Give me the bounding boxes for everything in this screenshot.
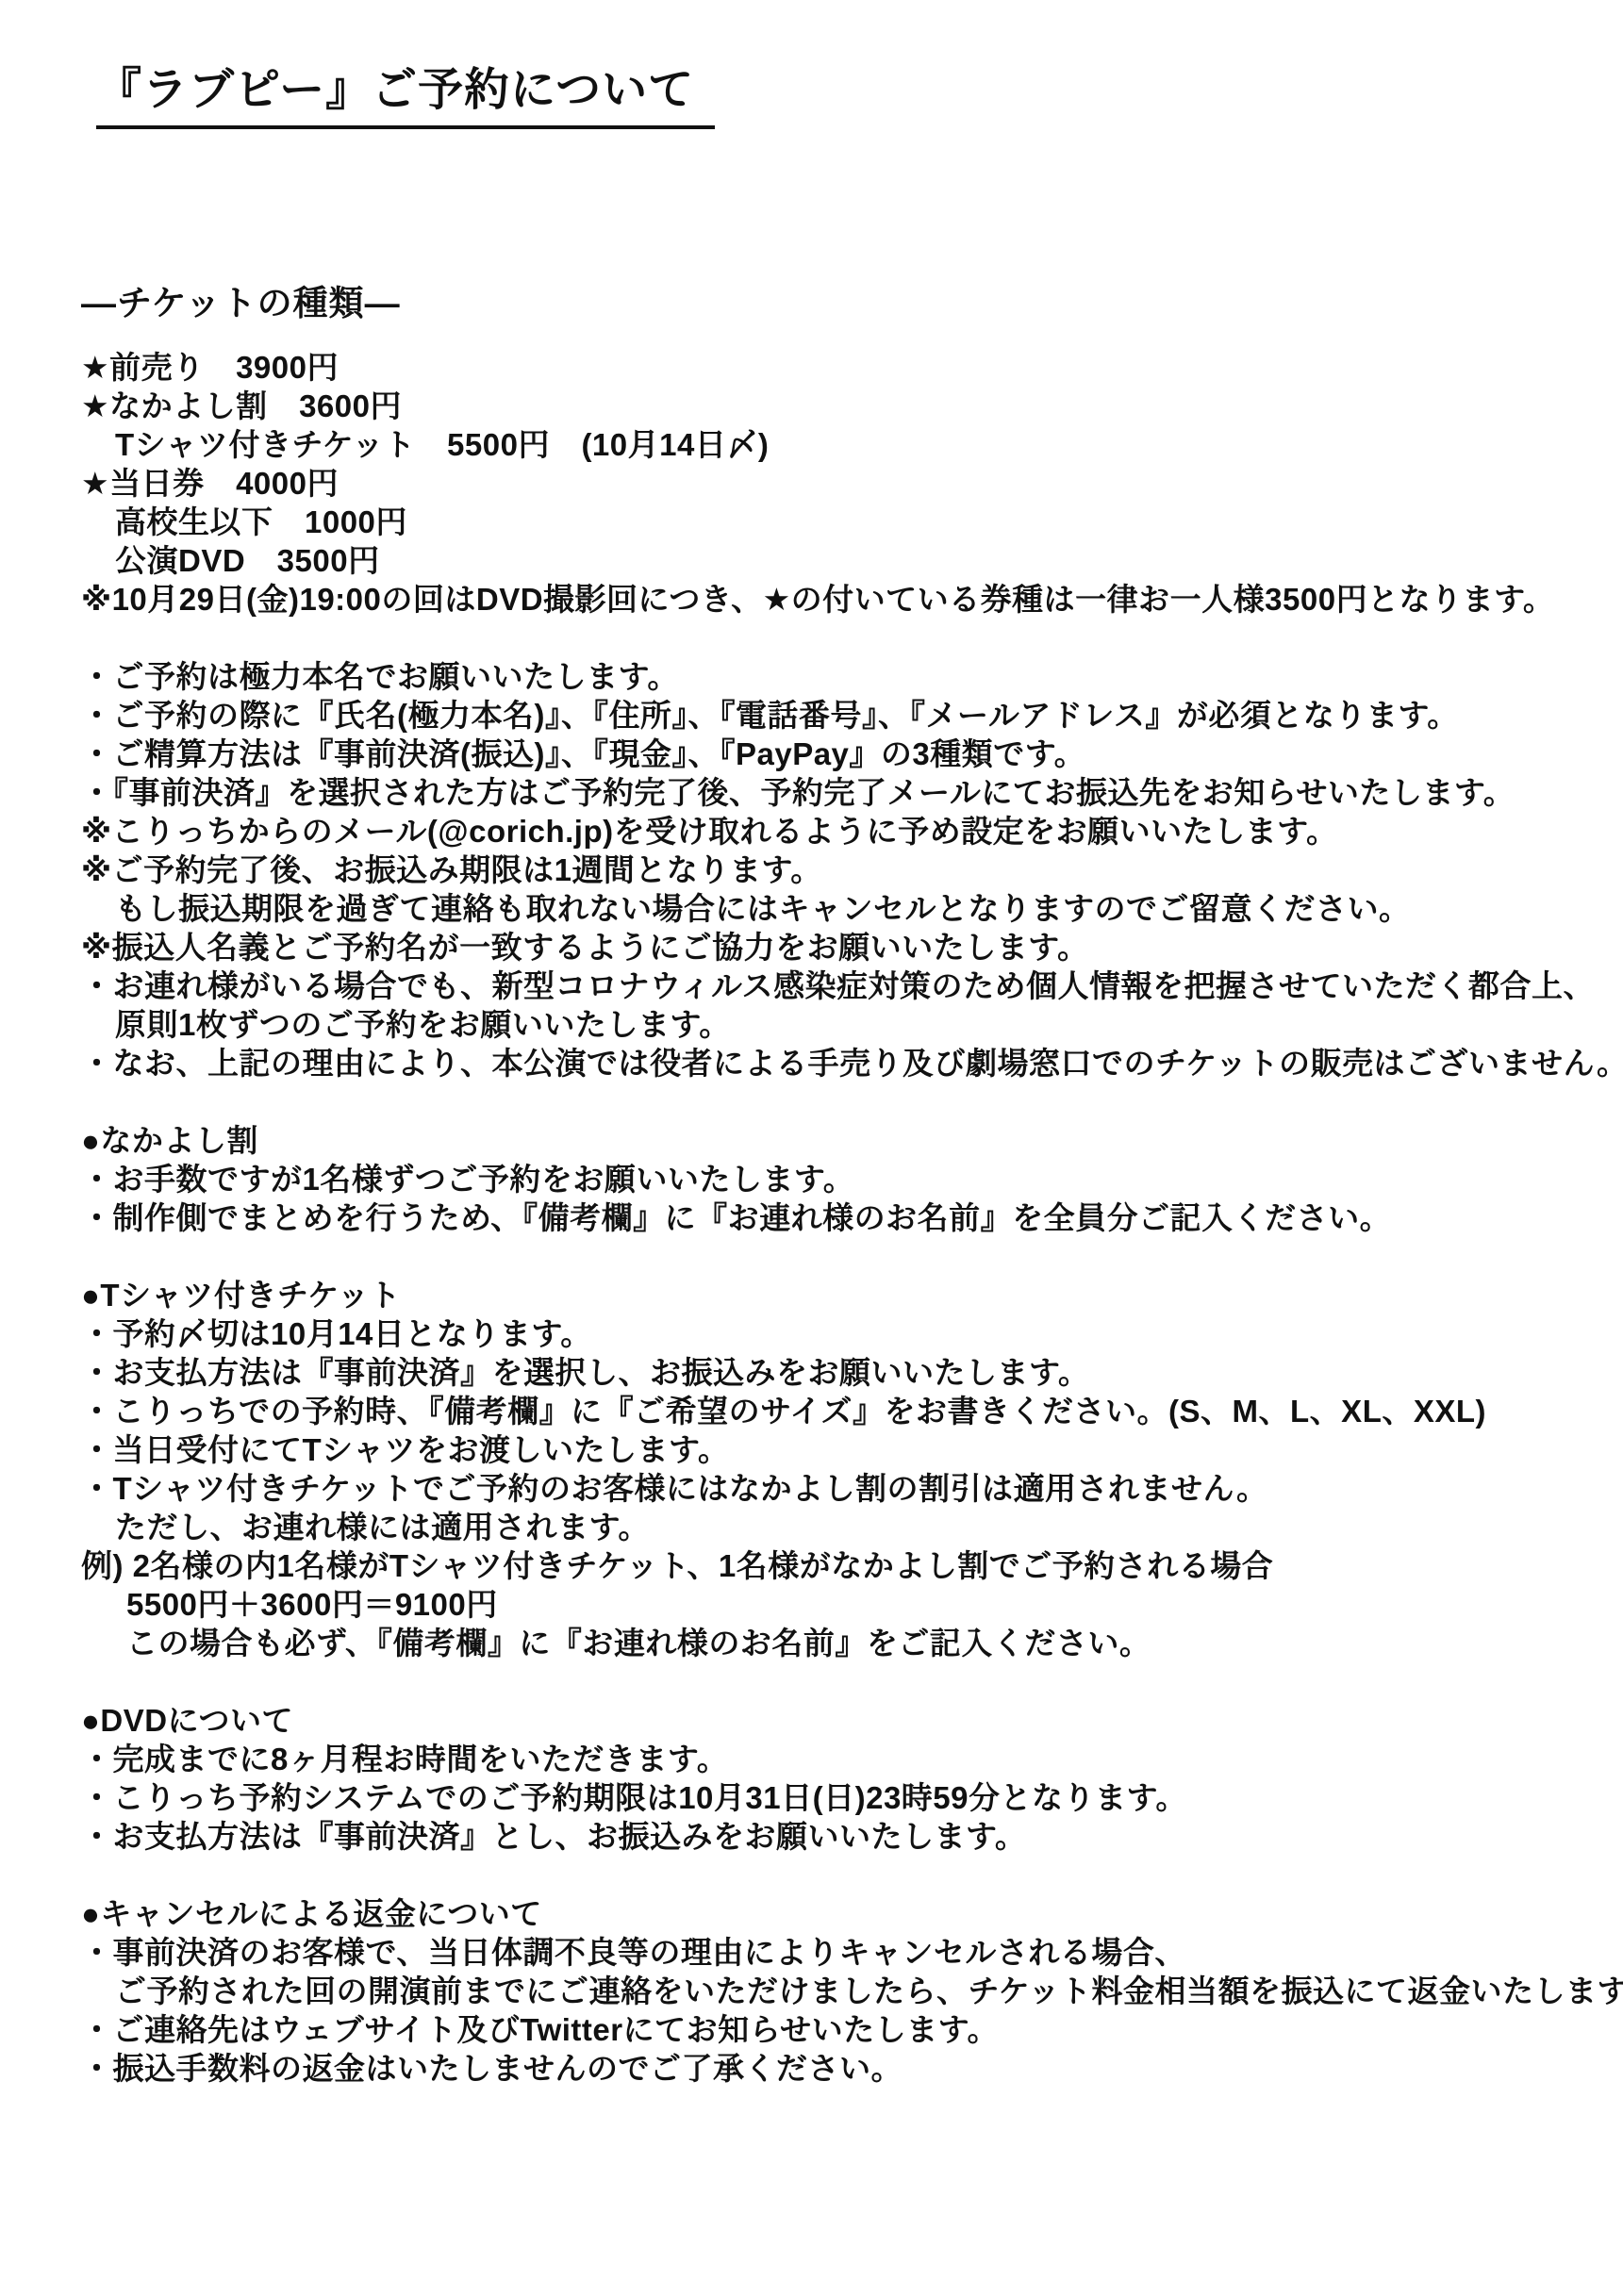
section-heading: ●キャンセルによる返金について — [81, 1894, 1595, 1933]
text-line: 公演DVD 3500円 — [81, 541, 1595, 580]
section-heading: ●Tシャツ付きチケット — [81, 1276, 1595, 1314]
text-line: ★なかよし割 3600円 — [81, 387, 1595, 425]
text-line: 原則1枚ずつのご予約をお願いいたします。 — [81, 1005, 1595, 1044]
document-body: ―チケットの種類―★前売り 3900円★なかよし割 3600円Tシャツ付きチケッ… — [81, 283, 1595, 2088]
text-line: ・ご予約は極力本名でお願いいたします。 — [81, 657, 1595, 696]
spacer — [81, 1082, 1595, 1121]
document-page: 『ラブピー』ご予約について ―チケットの種類―★前売り 3900円★なかよし割 … — [0, 0, 1623, 2296]
text-line: ・こりっちでの予約時、『備考欄』に『ご希望のサイズ』をお書きください。(S、M、… — [81, 1392, 1595, 1430]
text-line: ・お支払方法は『事前決済』とし、お振込みをお願いいたします。 — [81, 1817, 1595, 1856]
text-line: この場合も必ず、『備考欄』に『お連れ様のお名前』をご記入ください。 — [81, 1624, 1595, 1662]
text-line: ※振込人名義とご予約名が一致するようにご協力をお願いいたします。 — [81, 928, 1595, 966]
text-line: ・ご連絡先はウェブサイト及びTwitterにてお知らせいたします。 — [81, 2010, 1595, 2049]
section-heading: ●なかよし割 — [81, 1121, 1595, 1160]
text-line: ・なお、上記の理由により、本公演では役者による手売り及び劇場窓口でのチケットの販… — [81, 1044, 1595, 1082]
text-line: ・振込手数料の返金はいたしませんのでご了承ください。 — [81, 2049, 1595, 2088]
text-line: ・予約〆切は10月14日となります。 — [81, 1314, 1595, 1353]
spacer — [81, 1237, 1595, 1276]
text-line: ※ご予約完了後、お振込み期限は1週間となります。 — [81, 851, 1595, 889]
text-line: ・事前決済のお客様で、当日体調不良等の理由によりキャンセルされる場合、 — [81, 1933, 1595, 1972]
spacer — [81, 1856, 1595, 1894]
text-line: 5500円＋3600円＝9100円 — [81, 1585, 1595, 1624]
text-line: ・Tシャツ付きチケットでご予約のお客様にはなかよし割の割引は適用されません。 — [81, 1469, 1595, 1508]
text-line: ・ご精算方法は『事前決済(振込)』、『現金』、『PayPay』の3種類です。 — [81, 735, 1595, 773]
text-line: ・お支払方法は『事前決済』を選択し、お振込みをお願いいたします。 — [81, 1353, 1595, 1392]
text-line: ご予約された回の開演前までにご連絡をいただけましたら、チケット料金相当額を振込に… — [81, 1972, 1595, 2010]
text-line: ・こりっち予約システムでのご予約期限は10月31日(日)23時59分となります。 — [81, 1778, 1595, 1817]
spacer — [81, 619, 1595, 657]
text-line: ※10月29日(金)19:00の回はDVD撮影回につき、★の付いている券種は一律… — [81, 580, 1595, 619]
text-line: ・お手数ですが1名様ずつご予約をお願いいたします。 — [81, 1160, 1595, 1198]
text-line: ・ご予約の際に『氏名(極力本名)』、『住所』、『電話番号』、『メールアドレス』が… — [81, 696, 1595, 735]
text-line: ・完成までに8ヶ月程お時間をいただきます。 — [81, 1740, 1595, 1778]
page-title: 『ラブピー』ご予約について — [96, 66, 715, 129]
text-line: ・『事前決済』を選択された方はご予約完了後、予約完了メールにてお振込先をお知らせ… — [81, 773, 1595, 812]
text-line: もし振込期限を過ぎて連絡も取れない場合にはキャンセルとなりますのでご留意ください… — [81, 889, 1595, 928]
text-line: 例) 2名様の内1名様がTシャツ付きチケット、1名様がなかよし割でご予約される場… — [81, 1546, 1595, 1585]
text-line: ★当日券 4000円 — [81, 464, 1595, 503]
text-line: ・当日受付にてTシャツをお渡しいたします。 — [81, 1430, 1595, 1469]
text-line: ただし、お連れ様には適用されます。 — [81, 1508, 1595, 1546]
text-line: Tシャツ付きチケット 5500円 (10月14日〆) — [81, 425, 1595, 464]
spacer — [81, 1662, 1595, 1701]
text-line: ・制作側でまとめを行うため、『備考欄』に『お連れ様のお名前』を全員分ご記入くださ… — [81, 1198, 1595, 1237]
text-line: ・お連れ様がいる場合でも、新型コロナウィルス感染症対策のため個人情報を把握させて… — [81, 966, 1595, 1005]
section-subtitle: ―チケットの種類― — [81, 283, 1595, 324]
text-line: 高校生以下 1000円 — [81, 503, 1595, 541]
text-line: ※こりっちからのメール(@corich.jp)を受け取れるように予め設定をお願い… — [81, 812, 1595, 851]
section-heading: ●DVDについて — [81, 1701, 1595, 1740]
text-line: ★前売り 3900円 — [81, 348, 1595, 387]
